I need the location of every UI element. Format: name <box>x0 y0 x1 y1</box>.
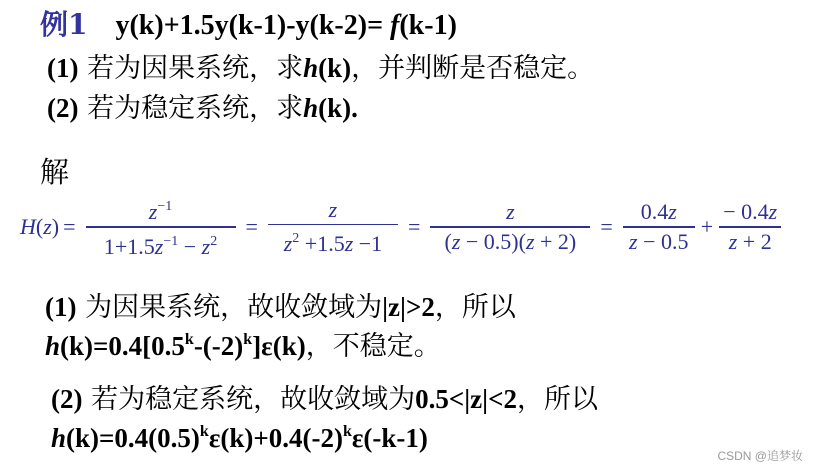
solution-label: 解 <box>40 156 69 188</box>
case-1-roc: (1) 为因果系统，故收敛域为|z|>2，所以 <box>45 291 516 324</box>
difference-equation: y(k)+1.5y(k-1)-y(k-2)= f(k-1) <box>115 10 456 41</box>
case-2-impulse-response: h(k)=0.4(0.5)kε(k)+0.4(-2)kε(-k-1) <box>51 422 428 454</box>
fraction-4: 0.4z z − 0.5 <box>623 198 695 256</box>
csdn-watermark: CSDN @追梦妆 <box>717 447 803 464</box>
transfer-function-formula: H(z) = z−1 1+1.5z−1 − z2 = z z2 +1.5z −1… <box>20 194 787 260</box>
case-2-roc: (2) 若为稳定系统，故收敛域为0.5<|z|<2，所以 <box>51 383 598 416</box>
case-1-impulse-response: h(k)=0.4[0.5k-(-2)k]ε(k)，不稳定。 <box>45 330 441 363</box>
fraction-3: z (z − 0.5)(z + 2) <box>430 198 590 256</box>
fraction-2: z z2 +1.5z −1 <box>268 196 398 259</box>
question-2: (2) 若为稳定系统，求h(k). <box>47 92 358 125</box>
formula-lhs: H(z) <box>20 214 59 240</box>
example-label: 例1 <box>40 8 87 41</box>
question-1: (1) 若为因果系统，求h(k)，并判断是否稳定。 <box>47 52 594 85</box>
fraction-1: z−1 1+1.5z−1 − z2 <box>86 193 236 261</box>
problem-title: 例1 y(k)+1.5y(k-1)-y(k-2)= f(k-1) <box>40 9 457 42</box>
fraction-5: − 0.4z z + 2 <box>719 198 781 256</box>
